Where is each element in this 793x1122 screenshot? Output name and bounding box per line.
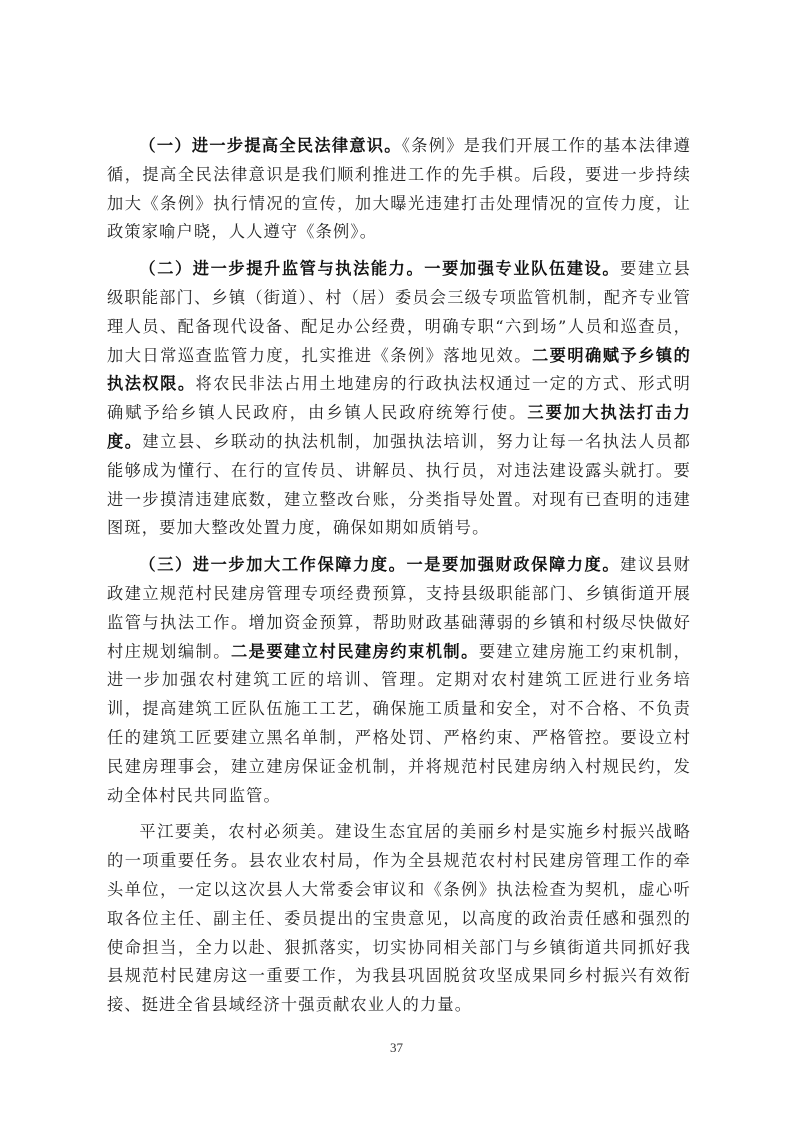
heading-2: （二）进一步提升监管与执法能力。一要加强专业队伍建设。 [139, 259, 620, 278]
paragraph-4: 平江要美，农村必须美。建设生态宜居的美丽乡村是实施乡村振兴战略的一项重要任务。县… [107, 818, 691, 1020]
paragraph-2: （二）进一步提升监管与执法能力。一要加强专业队伍建设。要建立县级职能部门、乡镇（… [107, 255, 691, 543]
body-text: 平江要美，农村必须美。建设生态宜居的美丽乡村是实施乡村振兴战略的一项重要任务。县… [107, 822, 691, 1014]
heading-3: （三）进一步加大工作保障力度。一是要加强财政保障力度。 [139, 555, 620, 574]
subheading: 二是要建立村民建房约束机制。 [231, 642, 479, 661]
body-text: 要建立建房施工约束机制，进一步加强农村建筑工匠的培训、管理。定期对农村建筑工匠进… [107, 642, 691, 805]
page-number: 37 [0, 1040, 793, 1056]
paragraph-1: （一）进一步提高全民法律意识。《条例》是我们开展工作的基本法律遵循，提高全民法律… [107, 132, 691, 247]
document-body: （一）进一步提高全民法律意识。《条例》是我们开展工作的基本法律遵循，提高全民法律… [107, 132, 691, 1028]
body-text: 建立县、乡联动的执法机制，加强执法培训，努力让每一名执法人员都能够成为懂行、在行… [107, 432, 691, 537]
paragraph-3: （三）进一步加大工作保障力度。一是要加强财政保障力度。建议县财政建立规范村民建房… [107, 551, 691, 810]
heading-1: （一）进一步提高全民法律意识。 [139, 136, 401, 155]
